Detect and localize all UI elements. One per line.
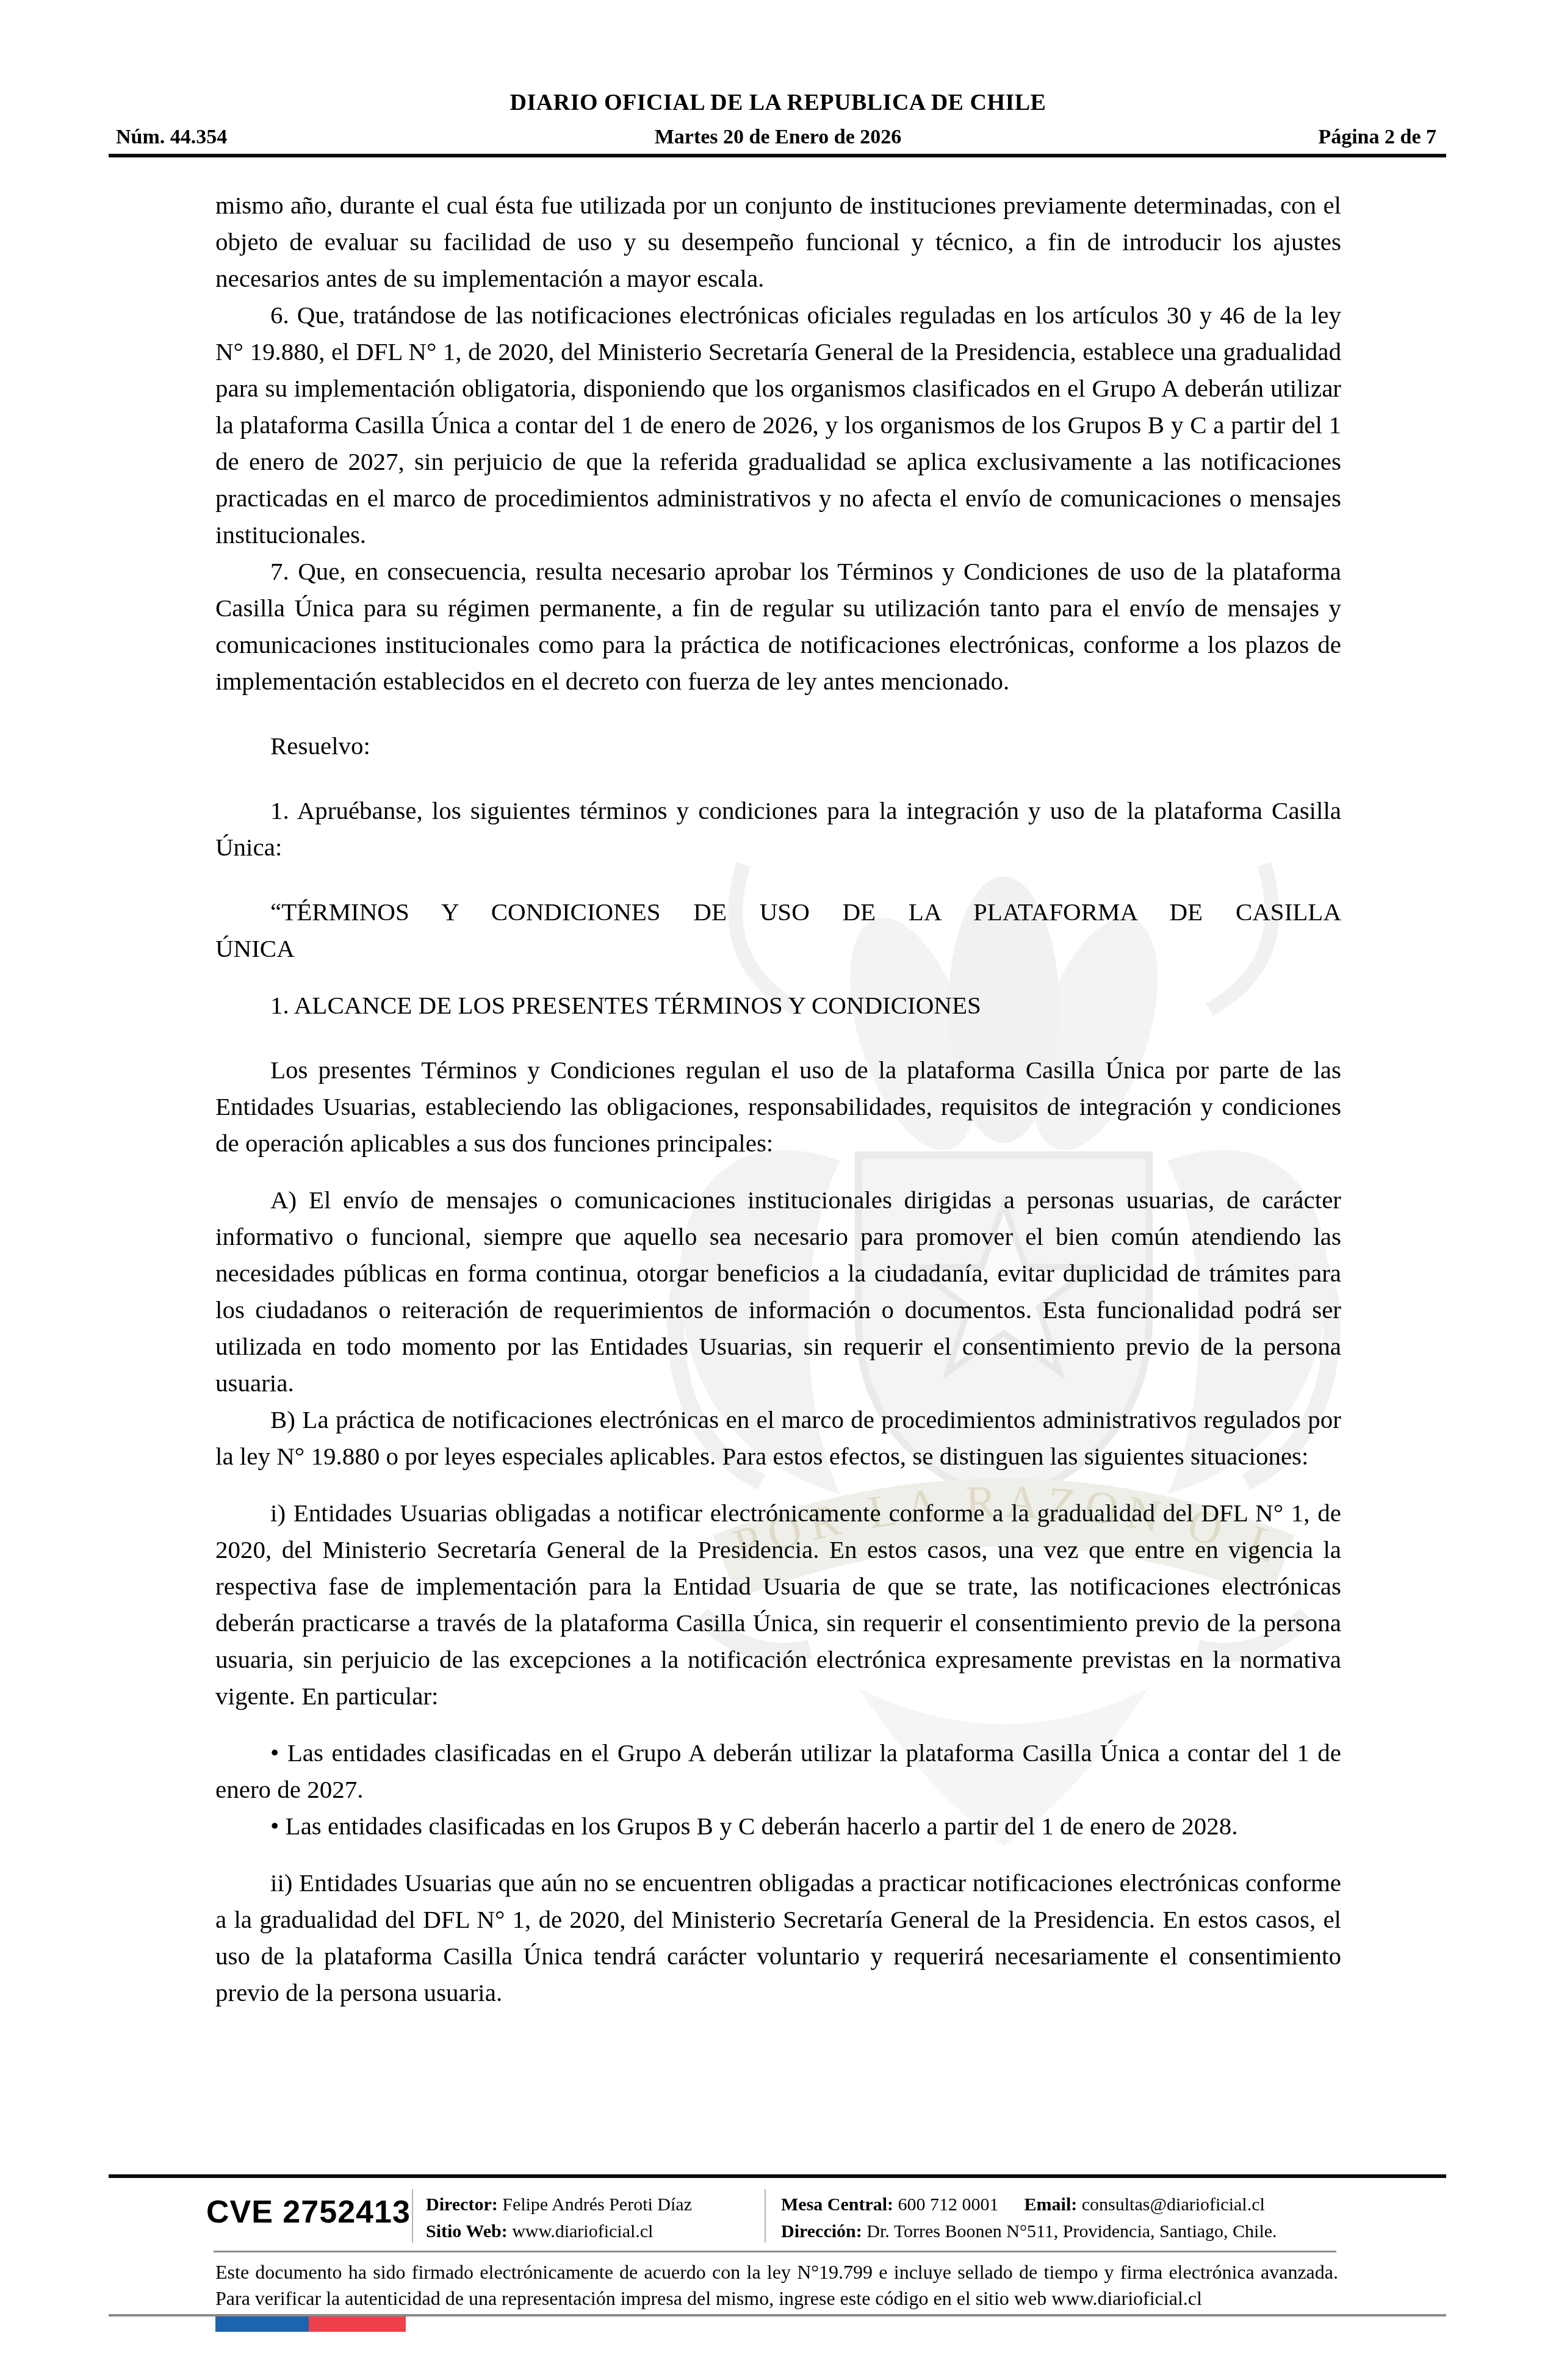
flag-bar-red-segment [309, 2317, 406, 2332]
resolution-item-1: 1. Apruébanse, los siguientes términos y… [215, 792, 1341, 865]
footer-divider-1 [412, 2189, 413, 2243]
direccion-line: Dirección: Dr. Torres Boonen N°511, Prov… [781, 2218, 1277, 2245]
sitio-web-value: www.diarioficial.cl [512, 2221, 653, 2241]
director-line: Director: Felipe Andrés Peroti Díaz [426, 2191, 692, 2218]
director-label: Director: [426, 2194, 498, 2215]
footer-director-column: Director: Felipe Andrés Peroti Díaz Siti… [426, 2191, 692, 2245]
considerando-7-paragraph: 7. Que, en consecuencia, resulta necesar… [215, 553, 1341, 699]
director-value: Felipe Andrés Peroti Díaz [502, 2194, 692, 2215]
bullet-grupos-b-c: • Las entidades clasificadas en los Grup… [215, 1808, 1341, 1844]
email-value: consultas@diarioficial.cl [1082, 2194, 1265, 2215]
function-a-paragraph: A) El envío de mensajes o comunicaciones… [215, 1181, 1341, 1401]
gobierno-flag-bar [215, 2317, 406, 2332]
mesa-central-line: Mesa Central: 600 712 0001Email: consult… [781, 2191, 1277, 2218]
cve-code: CVE 2752413 [206, 2194, 411, 2230]
case-i-paragraph: i) Entidades Usuarias obligadas a notifi… [215, 1495, 1341, 1714]
footer-box-bottom-rule [214, 2251, 1336, 2252]
terms-title-line2: ÚNICA [215, 930, 1341, 967]
considerando-6-paragraph: 6. Que, tratándose de las notificaciones… [215, 297, 1341, 553]
continuation-paragraph: mismo año, durante el cual ésta fue util… [215, 187, 1341, 297]
direccion-value: Dr. Torres Boonen N°511, Providencia, Sa… [866, 2221, 1277, 2241]
flag-bar-blue-segment [215, 2317, 309, 2332]
page-indicator: Página 2 de 7 [1318, 126, 1436, 149]
page-title: DIARIO OFICIAL DE LA REPUBLICA DE CHILE [0, 89, 1556, 116]
mesa-central-value: 600 712 0001 [898, 2194, 999, 2215]
sitio-web-label: Sitio Web: [426, 2221, 508, 2241]
footer-info-box: CVE 2752413 Director: Felipe Andrés Pero… [109, 2174, 1446, 2254]
signature-disclaimer: Este documento ha sido firmado electróni… [215, 2259, 1338, 2312]
bullet-grupo-a: • Las entidades clasificadas en el Grupo… [215, 1734, 1341, 1808]
header-rule [109, 154, 1446, 157]
email-label: Email: [1025, 2194, 1078, 2215]
alcance-intro-paragraph: Los presentes Términos y Condiciones reg… [215, 1051, 1341, 1161]
resuelvo-heading: Resuelvo: [215, 727, 1341, 764]
footer-divider-2 [765, 2189, 766, 2243]
sitio-web-line: Sitio Web: www.diarioficial.cl [426, 2218, 692, 2245]
case-ii-paragraph: ii) Entidades Usuarias que aún no se enc… [215, 1864, 1341, 2011]
direccion-label: Dirección: [781, 2221, 862, 2241]
footer-contact-column: Mesa Central: 600 712 0001Email: consult… [781, 2191, 1277, 2245]
alcance-section-heading: 1. ALCANCE DE LOS PRESENTES TÉRMINOS Y C… [215, 987, 1341, 1023]
mesa-central-label: Mesa Central: [781, 2194, 893, 2215]
document-page: DIARIO OFICIAL DE LA REPUBLICA DE CHILE … [0, 0, 1556, 2380]
function-b-paragraph: B) La práctica de notificaciones electró… [215, 1401, 1341, 1474]
terms-title-line1: “TÉRMINOS Y CONDICIONES DE USO DE LA PLA… [215, 893, 1341, 930]
document-body: mismo año, durante el cual ésta fue util… [215, 187, 1341, 2011]
